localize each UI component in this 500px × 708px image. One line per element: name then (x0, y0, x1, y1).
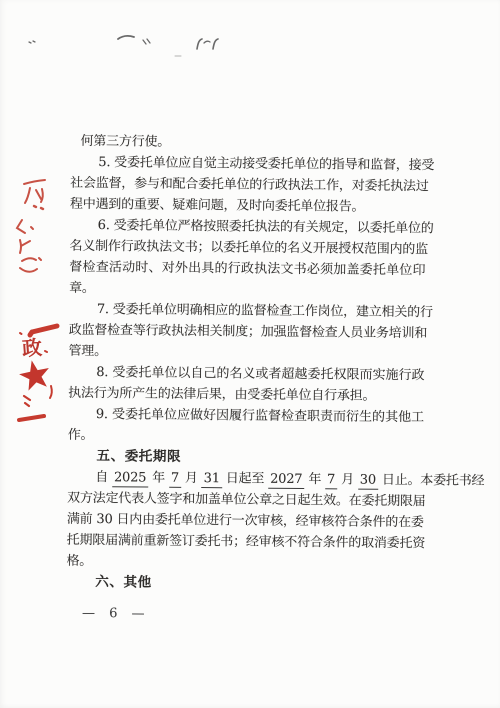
text-line: 托期限届满前重新签订委托书；经审核不符合条件的取消委托资 (67, 530, 423, 554)
period-text: 年 (148, 471, 169, 486)
period-text: 年 (304, 472, 325, 487)
scan-content: 何第三方行使。 5. 受委托单位应自觉主动接受委托单位的指导和监督，接受 社会监… (0, 0, 500, 708)
period-text: 月 (181, 471, 202, 486)
filled-date-blank-month-start: 7 (169, 471, 181, 488)
filled-date-blank-year-end: 2027 (268, 472, 304, 489)
section-heading-other: 六、其他 (66, 572, 422, 596)
period-text: 日起至 (222, 471, 268, 486)
filled-date-blank-year-start: 2025 (112, 470, 148, 487)
scanned-document-page: 政 何第三方行使。 5. 受委托单位应自觉主动接受委托单位的指导和监督，接受 社… (0, 0, 500, 708)
period-text: 日止。本委托书经 (378, 473, 484, 489)
period-text: 自 (95, 470, 112, 485)
filled-date-blank-day-start: 31 (202, 471, 222, 488)
page-number: — 6 — (82, 606, 150, 622)
text-line: 政监督检查等行政执法相关制度；加强监督检查人员业务培训和 (69, 320, 425, 344)
text-line-clause9: 9. 受委托单位应做好因履行监督检查职责而衍生的其他工 (68, 404, 424, 428)
text-line: 督检查活动时、对外出具的行政执法文书必须加盖委托单位印 (69, 257, 425, 281)
filled-date-blank-month-end: 7 (325, 472, 337, 489)
filled-date-blank-day-end: 30 (358, 473, 378, 490)
period-text: 月 (337, 472, 358, 487)
document-body: 何第三方行使。 5. 受委托单位应自觉主动接受委托单位的指导和监督，接受 社会监… (66, 131, 426, 596)
